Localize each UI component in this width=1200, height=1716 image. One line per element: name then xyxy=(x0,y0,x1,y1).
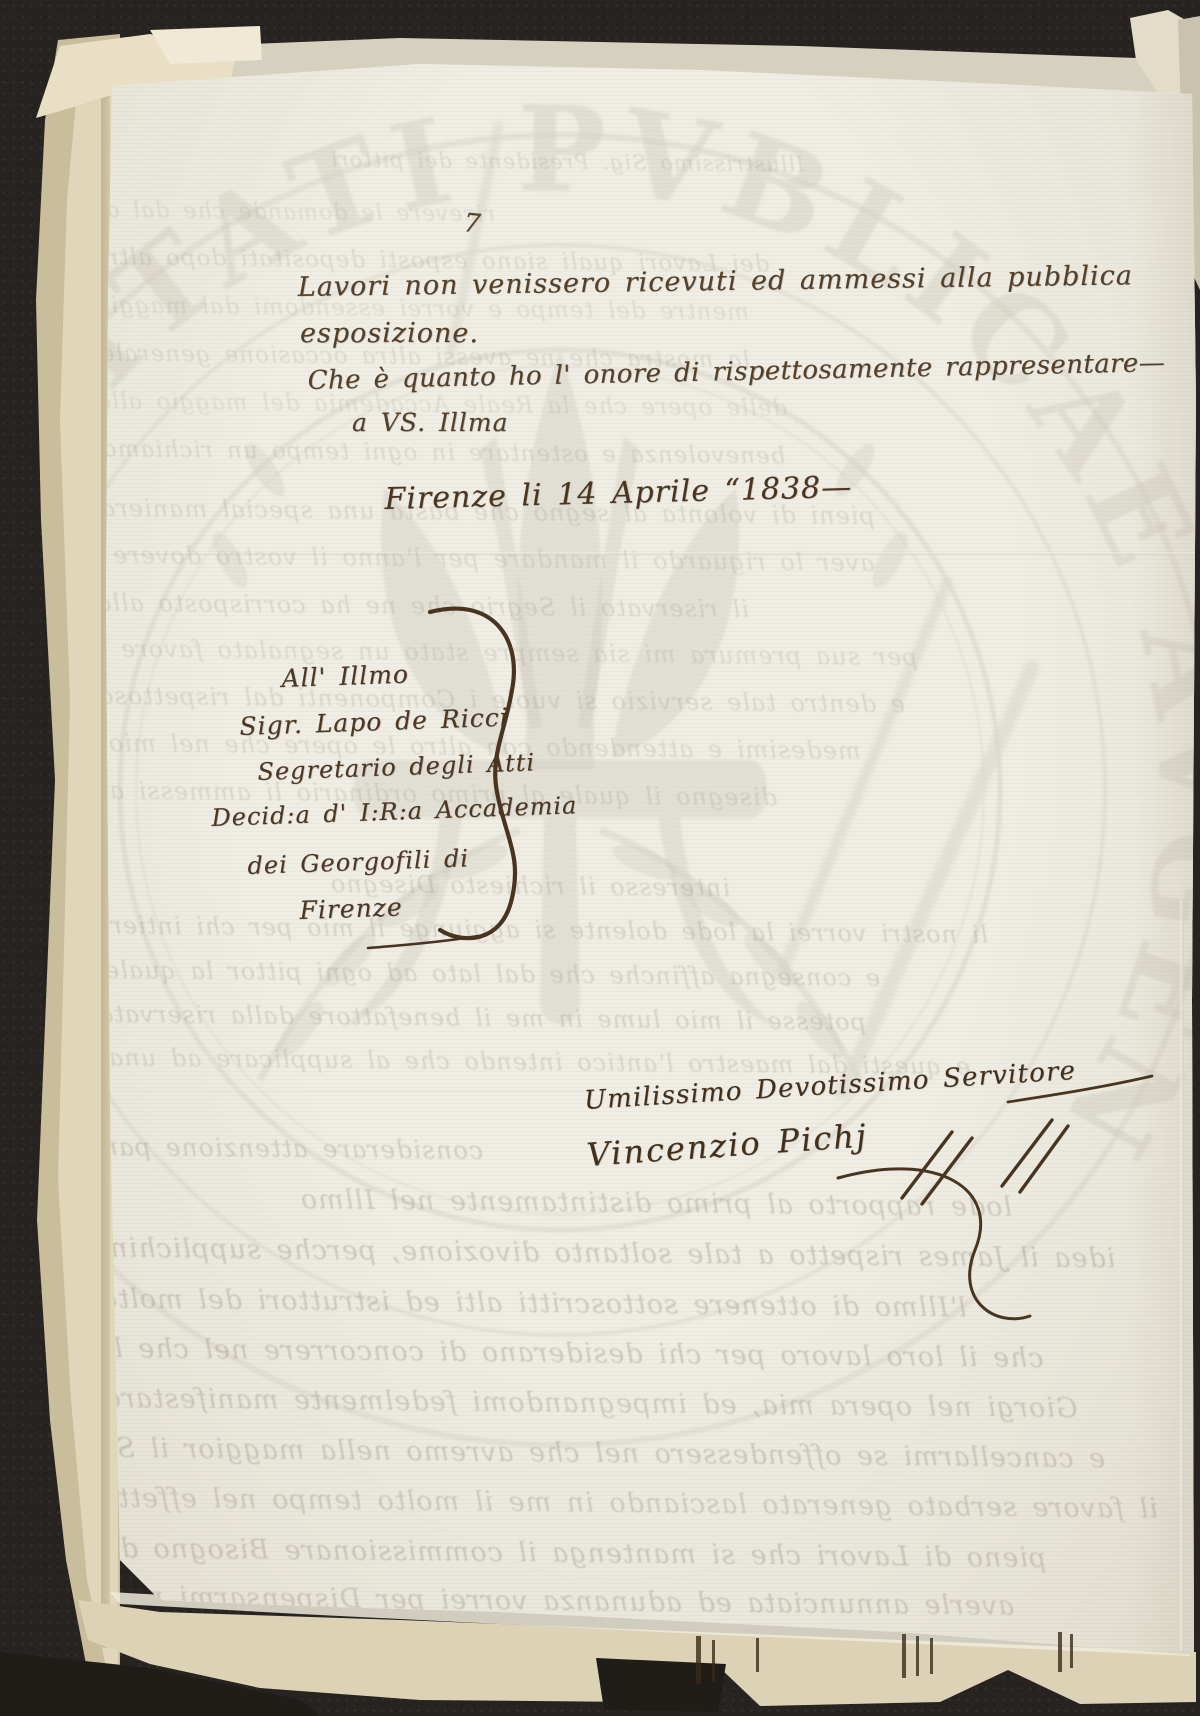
body-line-2: esposizione. xyxy=(300,318,479,349)
body-line-4: a VS. Illma xyxy=(352,408,509,437)
manuscript-page: PROSPERITATI PVBLICAE AVGENDAE xyxy=(0,0,1200,1716)
flourish-slash xyxy=(902,1132,952,1198)
bleedthrough-line: benevolenza e ostentare in ogni tempo un… xyxy=(102,436,786,469)
right-edge-crease xyxy=(1180,900,1184,1650)
bleedthrough-line: pieno di Lavori che si mantenga il commi… xyxy=(110,1533,1047,1574)
address-line-6: Firenze xyxy=(299,892,403,925)
manuscript-scan: PROSPERITATI PVBLICAE AVGENDAE xyxy=(0,0,1200,1716)
bleedthrough-line: e consegna affinche che dal lato ad ogni… xyxy=(104,956,880,992)
flourish-slash xyxy=(1020,1126,1068,1192)
bleedthrough-line: il riservato il Segrio che ne ha corrisp… xyxy=(96,589,749,624)
address-line-1: All' Illmo xyxy=(281,660,409,693)
page-number-mark: 7 xyxy=(462,208,483,240)
faint-fold-crease xyxy=(100,1090,600,1092)
flourish-slash xyxy=(1002,1120,1052,1186)
bleedthrough-line: considerare attenzione pari xyxy=(96,1132,483,1165)
signature: Vincenzio Pichj xyxy=(585,1116,869,1174)
bleedthrough-line: e cancellarmi se offendessero nel che av… xyxy=(94,1433,1105,1475)
bleedthrough-line: ricevere le domande che dal di xyxy=(96,198,496,227)
bleedthrough-line: Illustrissimo Sig. Presidente dei pittor… xyxy=(330,148,805,177)
bleedthrough-line: che il loro lavoro per chi desiderano di… xyxy=(96,1333,1044,1374)
bleedthrough-line: aver lo riguardo il mandare per l'anno i… xyxy=(112,541,875,577)
bleedthrough-line: li nostri vorrei la lode dolente si aggi… xyxy=(94,911,988,948)
bleedthrough-line: potesse il mio lume in me il benefattore… xyxy=(98,1000,866,1036)
bleedthrough-line: il favore serbato generato lasciando in … xyxy=(100,1482,1158,1524)
bleedthrough-line: per sua premura mi sia sempre stato un s… xyxy=(120,635,918,671)
bleedthrough-line: Giorgi nel opera mia, ed impegnandomi fe… xyxy=(104,1383,1078,1424)
bleedthrough-line: lode rapporto al primo distintamente nel… xyxy=(300,1184,1012,1222)
